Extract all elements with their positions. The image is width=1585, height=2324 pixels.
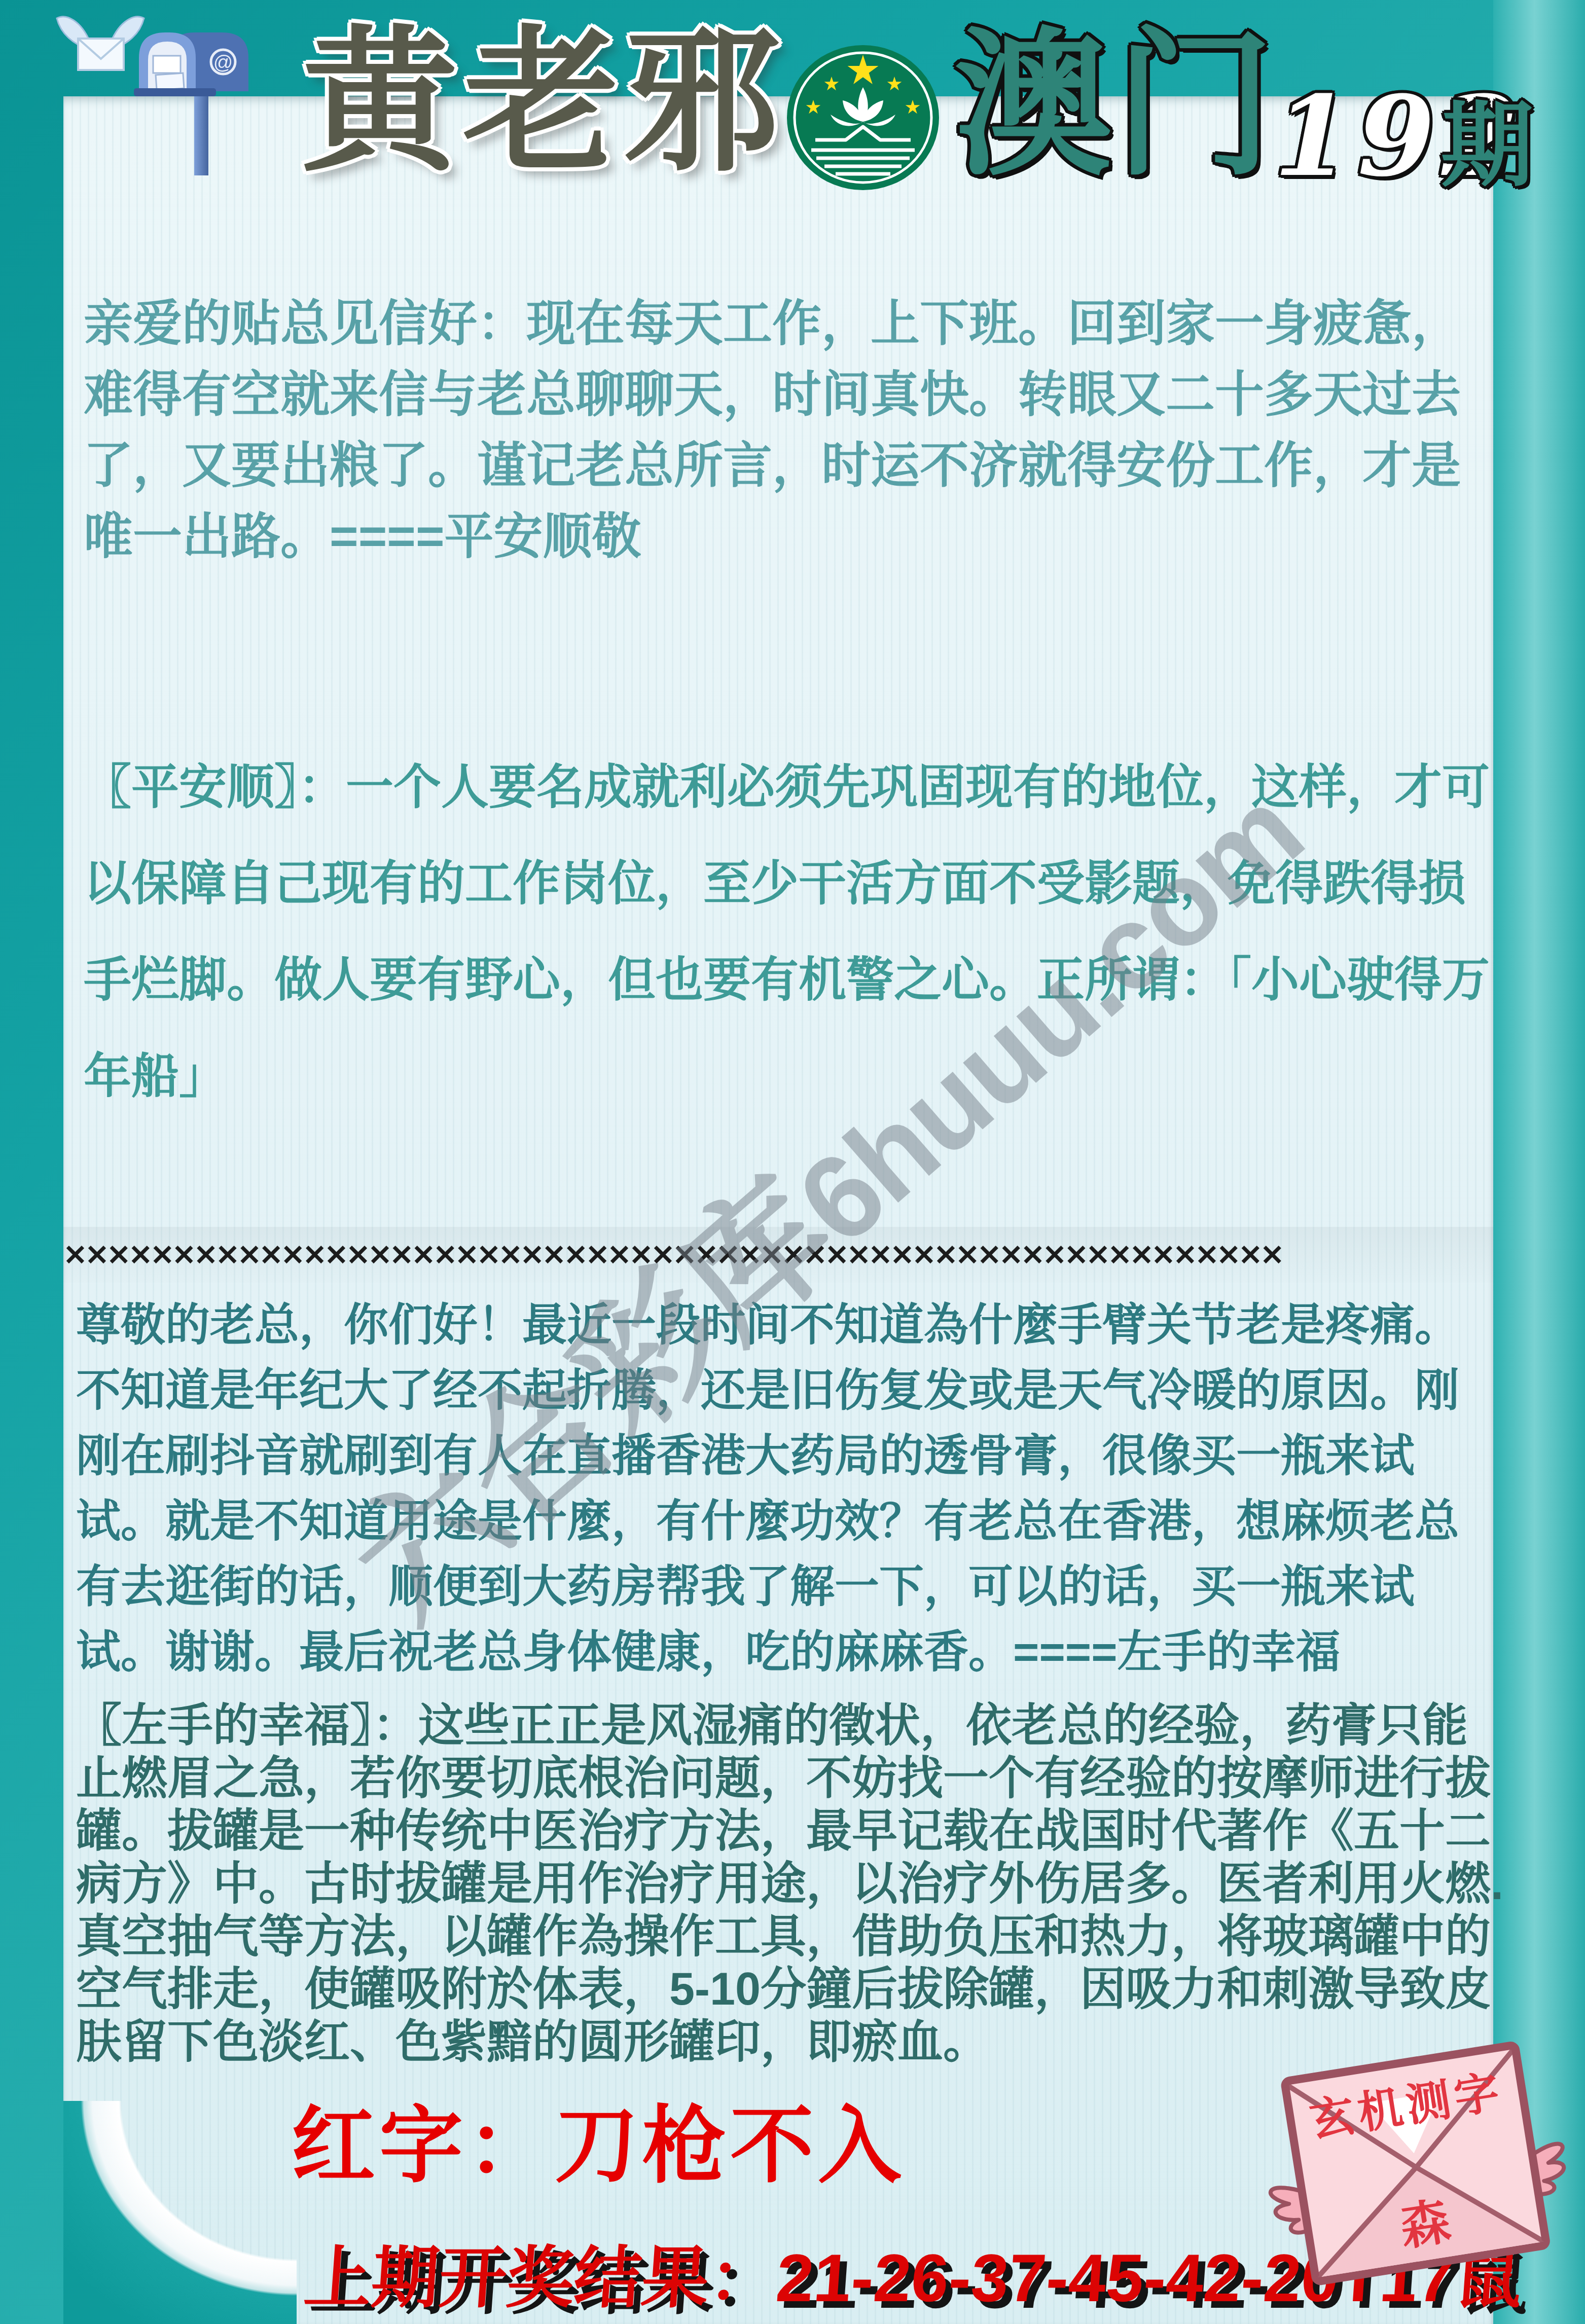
page-title: 黄老邪 [302, 24, 785, 180]
right-teal-border [1493, 0, 1585, 2324]
reader-letter-1: 亲爱的贴总见信好：现在每天工作，上下班。回到家一身疲惫，难得有空就来信与老总聊聊… [84, 288, 1503, 572]
region-title: 澳门 [954, 26, 1277, 185]
editor-reply-2: 〖左手的幸福〗：这些正正是风湿痛的徵状，依老总的经验，药膏只能止燃眉之急，若你要… [76, 1699, 1507, 2068]
mystic-envelope: 玄机测字 森 [1247, 2020, 1585, 2319]
macau-lotus-emblem-icon [785, 43, 941, 195]
mystic-envelope-stamp: 森 [1396, 2193, 1454, 2256]
issue-suffix: 期 [1441, 99, 1533, 192]
red-hint-text: 红字：刀枪不入 [292, 2104, 906, 2188]
page-curl [63, 2101, 297, 2324]
editor-reply-1: 〖平安顺〗：一个人要名成就利必须先巩固现有的地位，这样，才可以保障自己现有的工作… [84, 739, 1503, 1124]
svg-text:@: @ [213, 52, 233, 74]
stitch-divider: ✕✕✕✕✕✕✕✕✕✕✕✕✕✕✕✕✕✕✕✕✕✕✕✕✕✕✕✕✕✕✕✕✕✕✕✕✕✕✕✕… [63, 1239, 1493, 1272]
reader-letter-2: 尊敬的老总，你们好！最近一段时间不知道為什麼手臂关节老是疼痛。不知道是年纪大了经… [76, 1292, 1501, 1684]
mailbox-icon: @ [133, 28, 254, 179]
page: { "header": { "title": "黄老邪", "region": … [0, 0, 1585, 2324]
